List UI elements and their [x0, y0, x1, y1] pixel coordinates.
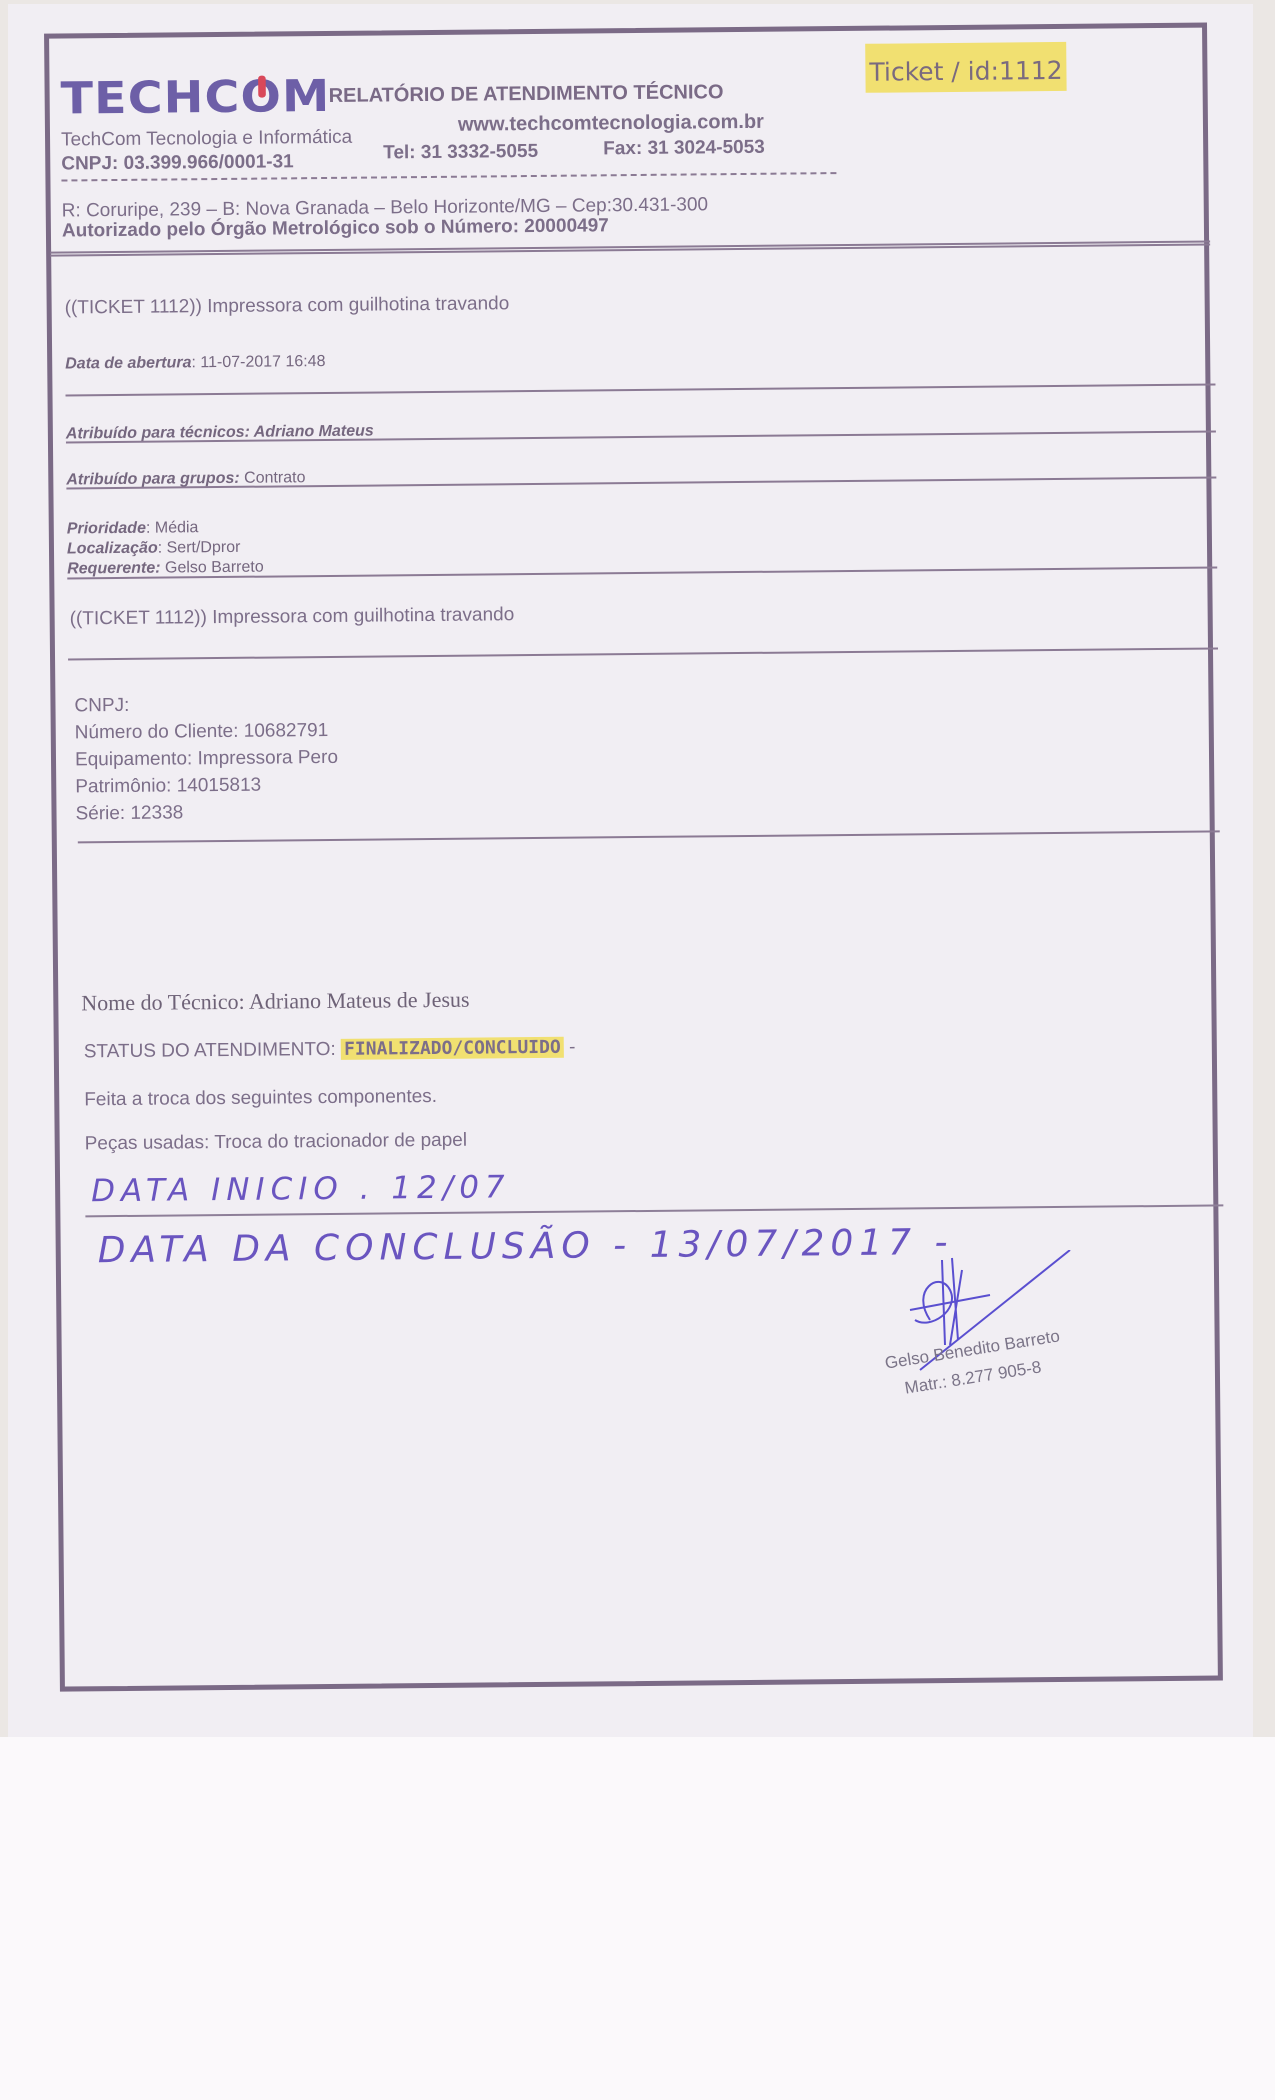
ticket-id-badge: Ticket / id:1112	[865, 42, 1067, 93]
company-name: TechCom Tecnologia e Informática	[61, 127, 352, 152]
assigned-groups-value: Contrato	[240, 469, 306, 487]
priority-label: Prioridade	[67, 520, 146, 538]
opening-date: Data de abertura: 11-07-2017 16:48	[65, 353, 325, 373]
parts-used: Peças usadas: Troca do tracionador de pa…	[85, 1130, 468, 1156]
company-phone: Tel: 31 3332-5055	[383, 141, 538, 164]
priority: Prioridade: Média	[67, 519, 199, 538]
company-website: www.techcomtecnologia.com.br	[458, 111, 764, 137]
status-suffix: -	[564, 1037, 576, 1058]
status-label: STATUS DO ATENDIMENTO:	[84, 1039, 341, 1062]
asset-number: Patrimônio: 14015813	[75, 775, 261, 799]
report-title: RELATÓRIO DE ATENDIMENTO TÉCNICO	[329, 81, 724, 108]
form-frame	[44, 23, 1223, 1692]
company-cnpj: CNPJ: 03.399.966/0001-31	[61, 151, 294, 175]
requester-label: Requerente:	[67, 560, 161, 578]
equipment: Equipamento: Impressora Pero	[75, 747, 338, 772]
handwritten-start-date: DATA INICIO . 12/07	[91, 1169, 511, 1209]
company-fax: Fax: 31 3024-5053	[603, 137, 765, 161]
client-cnpj: CNPJ:	[74, 695, 129, 718]
status-badge: FINALIZADO/CONCLUIDO	[341, 1037, 564, 1060]
ticket-title: ((TICKET 1112)) Impressora com guilhotin…	[65, 293, 510, 319]
location-value: : Sert/Dpror	[158, 539, 241, 557]
service-notes: Feita a troca dos seguintes componentes.	[84, 1086, 437, 1111]
location-label: Localização	[67, 540, 158, 558]
service-status: STATUS DO ATENDIMENTO: FINALIZADO/CONCLU…	[84, 1037, 576, 1064]
power-icon: O	[240, 71, 282, 122]
requester-value: Gelso Barreto	[160, 559, 263, 577]
ticket-description: ((TICKET 1112)) Impressora com guilhotin…	[70, 604, 515, 630]
service-report-document: TECHCOM RELATÓRIO DE ATENDIMENTO TÉCNICO…	[0, 0, 1275, 1743]
logo-text-prefix: TECHC	[60, 72, 240, 125]
priority-value: : Média	[146, 519, 199, 537]
techcom-logo: TECHCOM	[60, 71, 330, 125]
location: Localização: Sert/Dpror	[67, 539, 241, 559]
handwritten-completion-date: DATA DA CONCLUSÃO - 13/07/2017 -	[98, 1222, 954, 1271]
serial-number: Série: 12338	[75, 802, 183, 825]
opening-date-label: Data de abertura	[65, 354, 191, 372]
logo-text-suffix: M	[282, 71, 331, 122]
client-number: Número do Cliente: 10682791	[75, 720, 329, 744]
opening-date-value: : 11-07-2017 16:48	[191, 353, 325, 371]
technician-name: Nome do Técnico: Adriano Mateus de Jesus	[81, 987, 469, 1017]
